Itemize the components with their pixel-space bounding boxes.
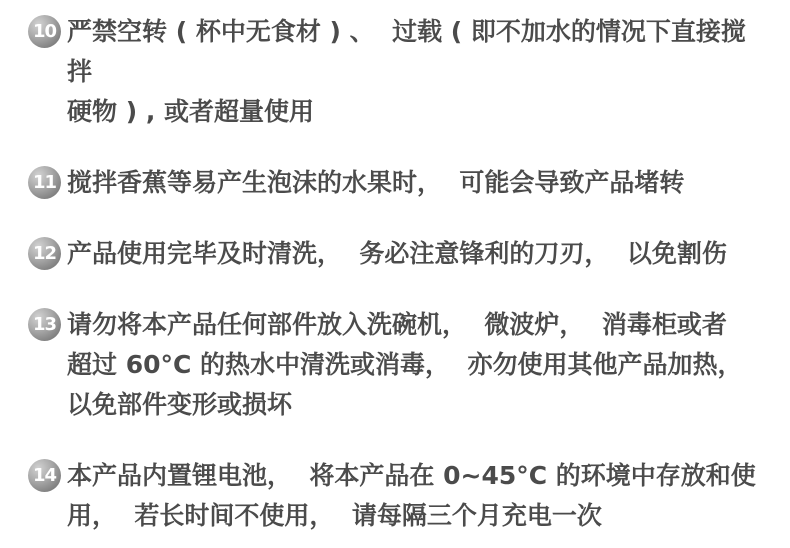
item-text-line: 以免部件变形或损坏 (67, 385, 742, 425)
circled-number-icon: 13 (28, 308, 61, 341)
item-text-line: 严禁空转 ( 杯中无食材 ) 、 过载 ( 即不加水的情况下直接搅拌 (67, 12, 760, 92)
item-text-line: 产品使用完毕及时清洗， 务必注意锋利的刀刃， 以免割伤 (67, 234, 727, 274)
instruction-item: 10严禁空转 ( 杯中无食材 ) 、 过载 ( 即不加水的情况下直接搅拌硬物 )… (28, 12, 760, 132)
item-text-line: 请勿将本产品任何部件放入洗碗机， 微波炉， 消毒柜或者 (67, 305, 742, 345)
instruction-item: 11搅拌香蕉等易产生泡沫的水果时， 可能会导致产品堵转 (28, 163, 760, 203)
item-text-line: 超过 60°C 的热水中清洗或消毒， 亦勿使用其他产品加热， (67, 345, 742, 385)
item-text-line: 搅拌香蕉等易产生泡沫的水果时， 可能会导致产品堵转 (67, 163, 684, 203)
item-text: 本产品内置锂电池， 将本产品在 0~45°C 的环境中存放和使用， 若长时间不使… (67, 456, 756, 536)
circled-number-icon: 12 (28, 237, 61, 270)
item-text: 搅拌香蕉等易产生泡沫的水果时， 可能会导致产品堵转 (67, 163, 684, 203)
instruction-item: 13请勿将本产品任何部件放入洗碗机， 微波炉， 消毒柜或者超过 60°C 的热水… (28, 305, 760, 425)
item-text-line: 硬物 ) , 或者超量使用 (67, 92, 760, 132)
item-text: 产品使用完毕及时清洗， 务必注意锋利的刀刃， 以免割伤 (67, 234, 727, 274)
safety-instructions-list: 10严禁空转 ( 杯中无食材 ) 、 过载 ( 即不加水的情况下直接搅拌硬物 )… (28, 12, 760, 536)
instruction-item: 12产品使用完毕及时清洗， 务必注意锋利的刀刃， 以免割伤 (28, 234, 760, 274)
item-text-line: 本产品内置锂电池， 将本产品在 0~45°C 的环境中存放和使 (67, 456, 756, 496)
circled-number-icon: 14 (28, 459, 61, 492)
circled-number-icon: 11 (28, 166, 61, 199)
safety-instructions-page: 10严禁空转 ( 杯中无食材 ) 、 过载 ( 即不加水的情况下直接搅拌硬物 )… (0, 0, 790, 548)
item-text: 请勿将本产品任何部件放入洗碗机， 微波炉， 消毒柜或者超过 60°C 的热水中清… (67, 305, 742, 425)
instruction-item: 14本产品内置锂电池， 将本产品在 0~45°C 的环境中存放和使用， 若长时间… (28, 456, 760, 536)
circled-number-icon: 10 (28, 15, 61, 48)
item-text: 严禁空转 ( 杯中无食材 ) 、 过载 ( 即不加水的情况下直接搅拌硬物 ) ,… (67, 12, 760, 132)
item-text-line: 用， 若长时间不使用， 请每隔三个月充电一次 (67, 496, 756, 536)
